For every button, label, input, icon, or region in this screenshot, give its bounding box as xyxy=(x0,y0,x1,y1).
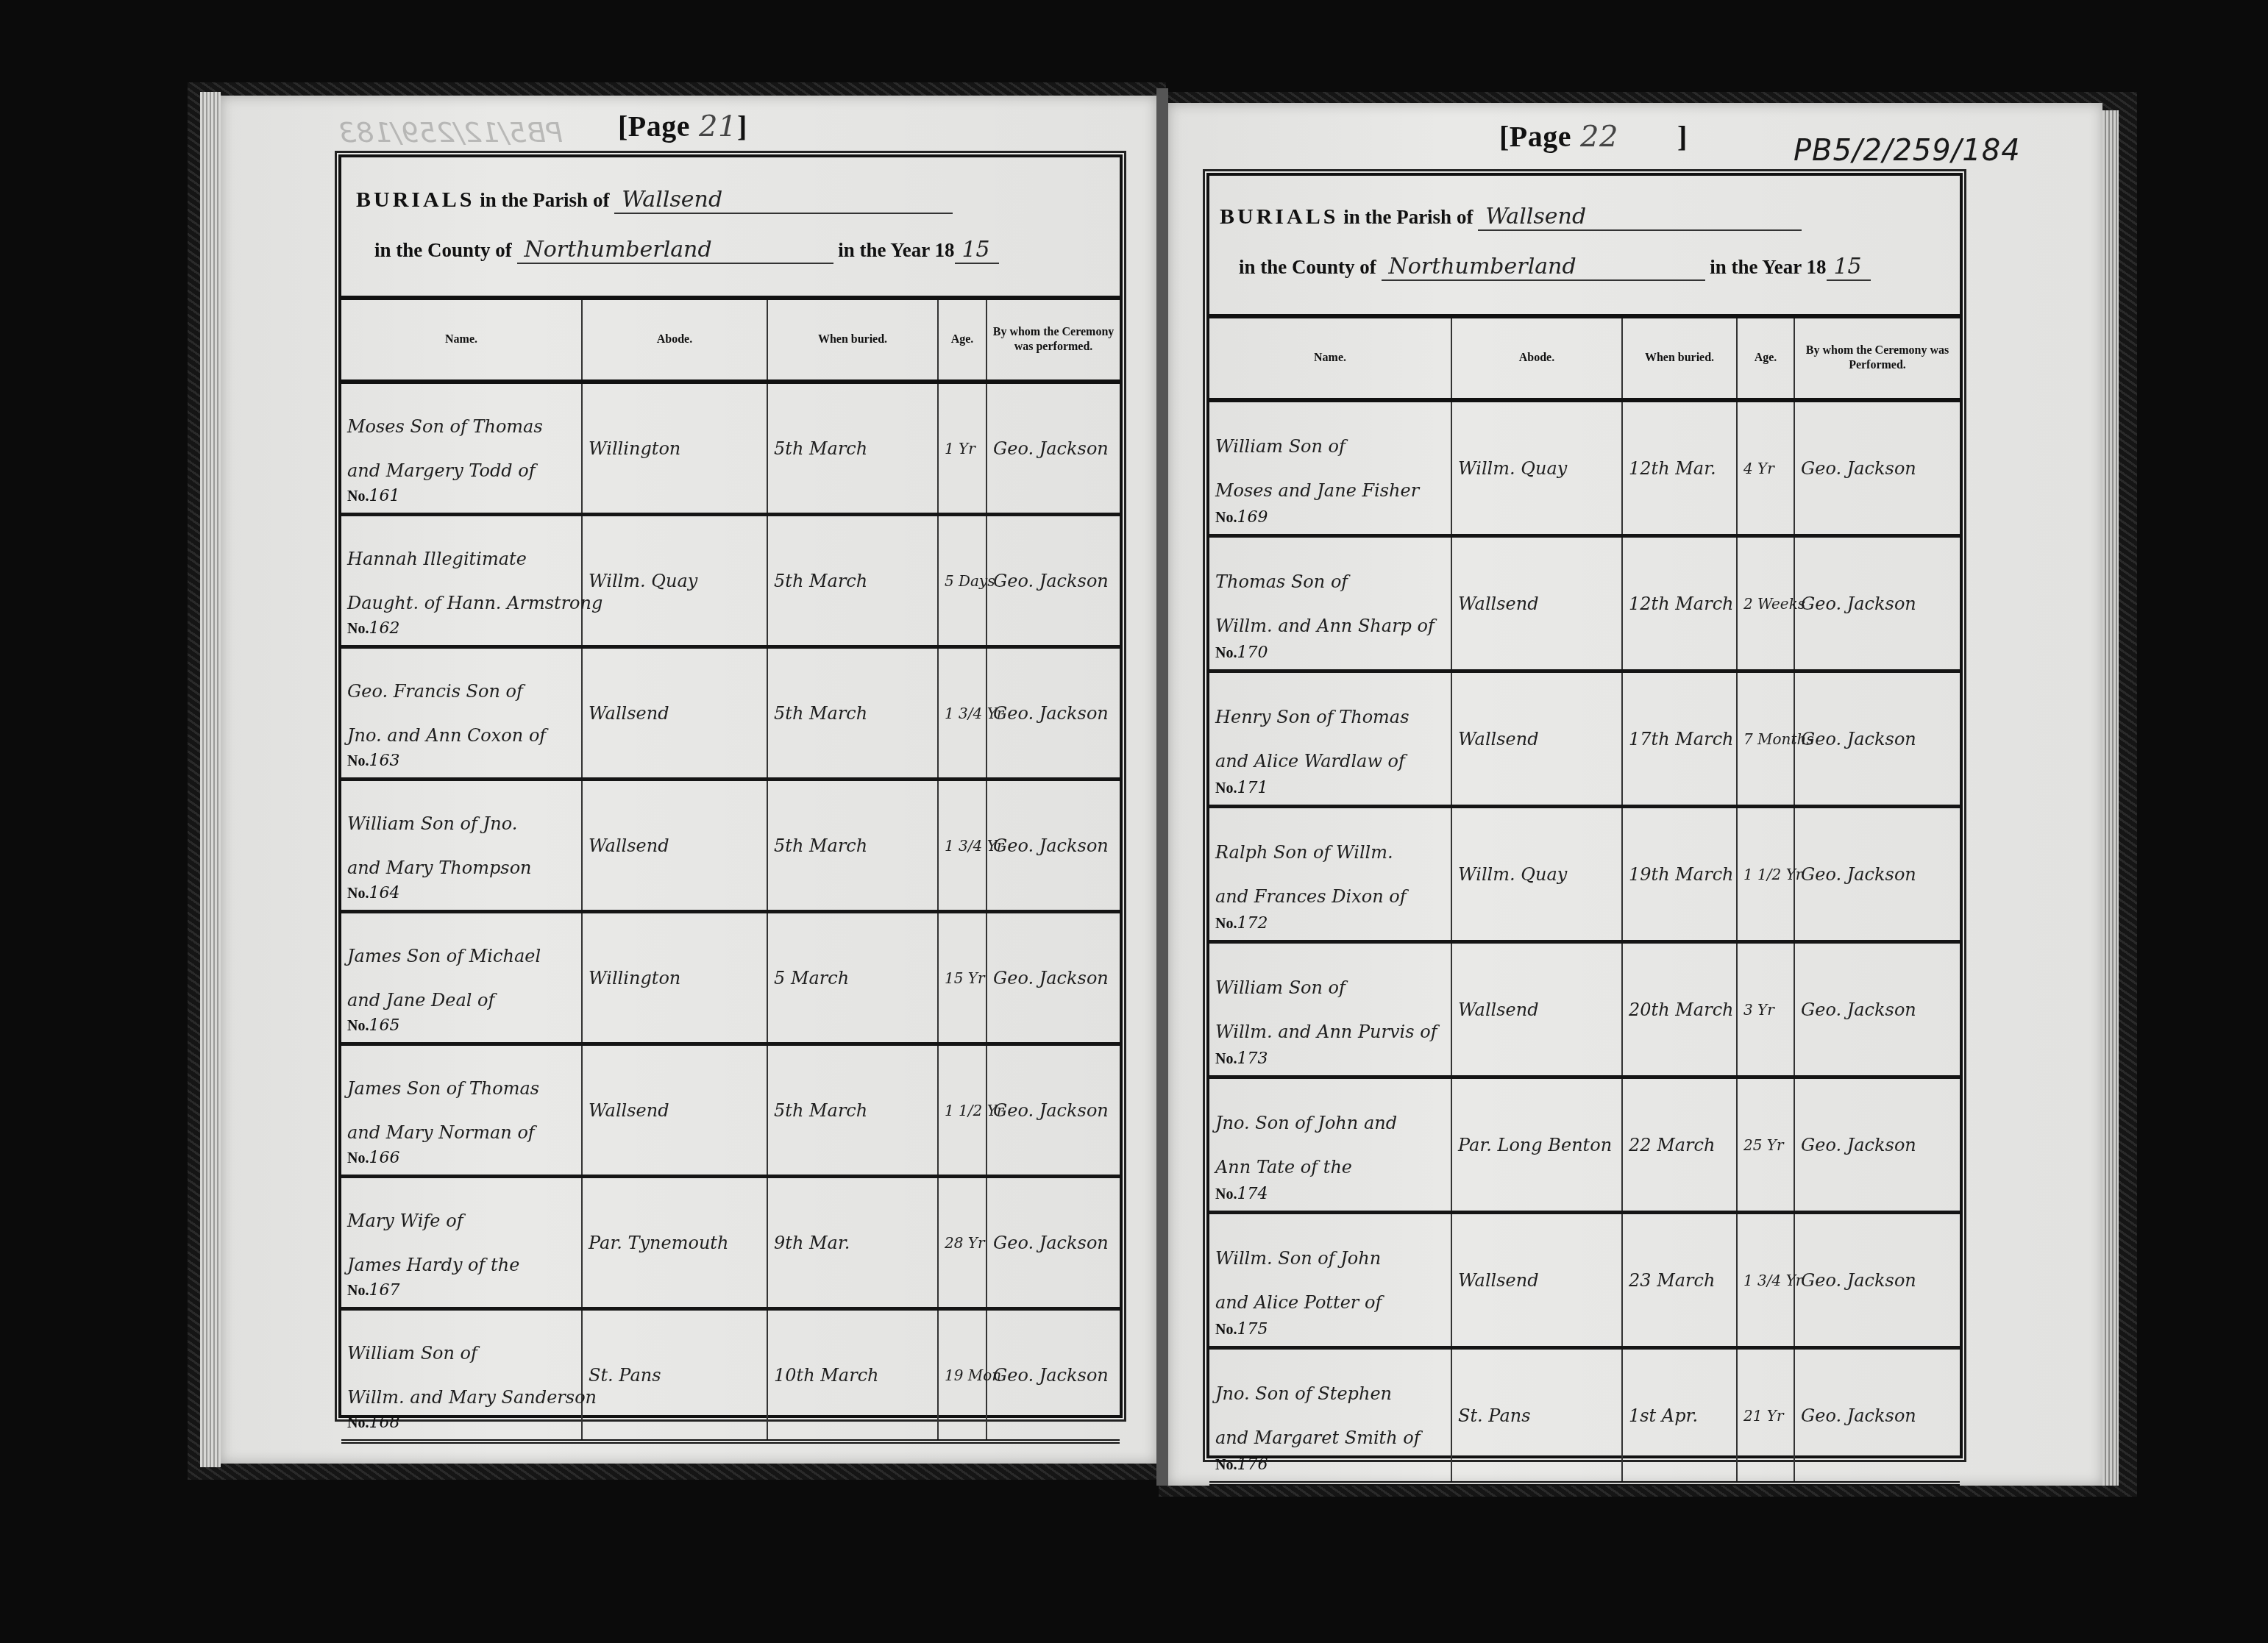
abode-cell: Wallsend xyxy=(583,781,768,910)
name-line-2: and Mary Thompson xyxy=(347,846,532,890)
entries: William Son of Moses and Jane Fisher No.… xyxy=(1209,402,1960,1486)
abode-cell: Wallsend xyxy=(583,1046,768,1175)
register-entry: Geo. Francis Son of Jno. and Ann Coxon o… xyxy=(341,649,1120,781)
name-line-2: and Alice Potter of xyxy=(1215,1280,1382,1325)
entry-number: No.175 xyxy=(1215,1320,1268,1339)
entry-number-value: 174 xyxy=(1237,1185,1268,1203)
officiant-cell: Geo. Jackson xyxy=(987,1311,1120,1439)
name-line-1: Mary Wife of xyxy=(347,1199,463,1243)
officiant-value: Geo. Jackson xyxy=(1801,594,1916,614)
officiant-cell: Geo. Jackson xyxy=(987,1178,1120,1307)
officiant-value: Geo. Jackson xyxy=(1801,999,1916,1020)
officiant-cell: Geo. Jackson xyxy=(987,649,1120,777)
when-buried-cell: 12th March xyxy=(1623,538,1738,669)
age-cell: 28 Yr xyxy=(939,1178,987,1307)
register-entry: William Son of Moses and Jane Fisher No.… xyxy=(1209,402,1960,538)
register-entry: Henry Son of Thomas and Alice Wardlaw of… xyxy=(1209,673,1960,808)
page-heading: [Page22] xyxy=(1499,119,1688,154)
col-officiant: By whom the Ceremony was Performed. xyxy=(1795,318,1960,398)
name-cell: William Son of Moses and Jane Fisher No.… xyxy=(1209,402,1452,534)
parish-value: Wallsend xyxy=(614,187,953,214)
when-buried-value: 5th March xyxy=(774,1100,867,1121)
burial-register-table: BURIALS in the Parish of Wallsend in the… xyxy=(1206,173,1963,1458)
entry-number-label: No. xyxy=(1215,1051,1237,1067)
when-buried-cell: 23 March xyxy=(1623,1214,1738,1346)
age-cell: 1 3/4 Yr xyxy=(939,781,987,910)
entry-number-label: No. xyxy=(1215,1457,1237,1473)
name-cell: Willm. Son of John and Alice Potter of N… xyxy=(1209,1214,1452,1346)
entry-number-value: 168 xyxy=(369,1414,399,1432)
abode-value: Wallsend xyxy=(1458,594,1539,614)
register-header: BURIALS in the Parish of Wallsend in the… xyxy=(341,157,1120,300)
age-cell: 5 Days xyxy=(939,516,987,645)
age-value: 25 Yr xyxy=(1743,1136,1784,1154)
officiant-value: Geo. Jackson xyxy=(993,571,1109,591)
col-when-buried: When buried. xyxy=(1623,318,1738,398)
entry-number-label: No. xyxy=(1215,1186,1237,1202)
name-line-1: Willm. Son of John xyxy=(1215,1236,1381,1280)
burial-register-table: BURIALS in the Parish of Wallsend in the… xyxy=(338,154,1123,1418)
when-buried-value: 22 March xyxy=(1629,1135,1715,1155)
age-cell: 3 Yr xyxy=(1738,944,1795,1075)
when-buried-value: 17th March xyxy=(1629,729,1734,749)
entry-number-value: 167 xyxy=(369,1281,399,1300)
register-entry: Jno. Son of Stephen and Margaret Smith o… xyxy=(1209,1350,1960,1486)
entry-number-label: No. xyxy=(347,1415,369,1431)
when-buried-cell: 5 March xyxy=(768,913,939,1042)
register-entry: Jno. Son of John and Ann Tate of the No.… xyxy=(1209,1079,1960,1214)
when-buried-cell: 19th March xyxy=(1623,808,1738,940)
entry-number-label: No. xyxy=(1215,916,1237,932)
page-number: 22 xyxy=(1580,120,1618,154)
officiant-cell: Geo. Jackson xyxy=(987,516,1120,645)
abode-cell: Willington xyxy=(583,913,768,1042)
abode-value: Willington xyxy=(589,438,680,459)
when-buried-value: 5th March xyxy=(774,703,867,724)
entry-number-label: No. xyxy=(1215,1322,1237,1338)
officiant-cell: Geo. Jackson xyxy=(1795,673,1960,805)
name-line-2: Willm. and Ann Sharp of xyxy=(1215,604,1435,648)
name-line-2: Moses and Jane Fisher xyxy=(1215,468,1419,513)
register-entry: Willm. Son of John and Alice Potter of N… xyxy=(1209,1214,1960,1350)
abode-value: Willm. Quay xyxy=(589,571,697,591)
officiant-cell: Geo. Jackson xyxy=(1795,538,1960,669)
name-line-1: William Son of Jno. xyxy=(347,802,517,846)
entry-number-value: 170 xyxy=(1237,644,1268,662)
name-line-2: and Frances Dixon of xyxy=(1215,874,1407,919)
abode-value: Wallsend xyxy=(1458,1270,1539,1291)
when-buried-value: 5th March xyxy=(774,835,867,856)
entry-number: No.167 xyxy=(347,1281,399,1300)
officiant-cell: Geo. Jackson xyxy=(987,1046,1120,1175)
register-entry: William Son of Jno. and Mary Thompson No… xyxy=(341,781,1120,913)
abode-value: Wallsend xyxy=(589,703,669,724)
abode-value: Willm. Quay xyxy=(1458,458,1567,479)
entry-number-value: 171 xyxy=(1237,779,1268,797)
entry-number-value: 175 xyxy=(1237,1320,1268,1339)
name-line-2: and Mary Norman of xyxy=(347,1111,535,1155)
name-cell: Hannah Illegitimate Daught. of Hann. Arm… xyxy=(341,516,583,645)
name-cell: Geo. Francis Son of Jno. and Ann Coxon o… xyxy=(341,649,583,777)
abode-cell: Wallsend xyxy=(1452,538,1623,669)
year-label: in the Year 18 xyxy=(1710,256,1826,278)
name-line-1: Jno. Son of John and xyxy=(1215,1101,1397,1145)
entry-number-label: No. xyxy=(347,885,369,902)
age-cell: 1 3/4 Yr xyxy=(1738,1214,1795,1346)
entry-number-value: 163 xyxy=(369,752,399,770)
officiant-cell: Geo. Jackson xyxy=(1795,808,1960,940)
entry-number-value: 161 xyxy=(369,487,399,505)
entry-number: No.170 xyxy=(1215,644,1268,662)
county-label: in the County of xyxy=(1239,256,1376,278)
abode-value: Wallsend xyxy=(589,835,669,856)
entry-number: No.173 xyxy=(1215,1049,1268,1068)
officiant-value: Geo. Jackson xyxy=(1801,1405,1916,1426)
officiant-cell: Geo. Jackson xyxy=(987,384,1120,513)
entry-number: No.171 xyxy=(1215,779,1268,797)
abode-cell: Willm. Quay xyxy=(1452,808,1623,940)
age-cell: 7 Months xyxy=(1738,673,1795,805)
name-line-1: James Son of Michael xyxy=(347,934,541,978)
county-value: Northumberland xyxy=(517,237,833,264)
when-buried-value: 9th Mar. xyxy=(774,1233,850,1253)
abode-value: Par. Tynemouth xyxy=(589,1233,728,1253)
page-heading: [Page21] xyxy=(618,109,747,143)
abode-value: Wallsend xyxy=(1458,999,1539,1020)
register-entry: Mary Wife of James Hardy of the No.167 P… xyxy=(341,1178,1120,1311)
name-cell: Thomas Son of Willm. and Ann Sharp of No… xyxy=(1209,538,1452,669)
name-line-2: and Alice Wardlaw of xyxy=(1215,739,1405,783)
age-value: 1 3/4 Yr xyxy=(1743,1272,1802,1289)
abode-cell: Wallsend xyxy=(1452,944,1623,1075)
parish-line: BURIALS in the Parish of Wallsend xyxy=(1220,204,1802,231)
bleed-through-reference: PB5/12/259/183 xyxy=(338,116,563,149)
age-cell: 1 1/2 Yr xyxy=(1738,808,1795,940)
entry-number: No.162 xyxy=(347,619,399,638)
burials-title: BURIALS xyxy=(1220,204,1338,229)
register-entry: William Son of Willm. and Ann Purvis of … xyxy=(1209,944,1960,1079)
col-age: Age. xyxy=(1738,318,1795,398)
year-label: in the Year 18 xyxy=(838,239,954,261)
officiant-cell: Geo. Jackson xyxy=(1795,1079,1960,1211)
when-buried-cell: 5th March xyxy=(768,516,939,645)
entry-number-label: No. xyxy=(347,488,369,505)
when-buried-cell: 5th March xyxy=(768,781,939,910)
page-bracket: ] xyxy=(737,110,747,143)
name-line-2: and Margery Todd of xyxy=(347,449,536,493)
when-buried-value: 1st Apr. xyxy=(1629,1405,1698,1426)
officiant-value: Geo. Jackson xyxy=(1801,1270,1916,1291)
name-cell: James Son of Thomas and Mary Norman of N… xyxy=(341,1046,583,1175)
name-line-2: Willm. and Mary Sanderson xyxy=(347,1375,597,1419)
name-line-1: William Son of xyxy=(347,1331,477,1375)
name-line-1: Geo. Francis Son of xyxy=(347,669,523,713)
officiant-cell: Geo. Jackson xyxy=(987,781,1120,910)
entry-number-label: No. xyxy=(347,1150,369,1166)
when-buried-cell: 17th March xyxy=(1623,673,1738,805)
entry-number: No.174 xyxy=(1215,1185,1268,1203)
name-line-2: Willm. and Ann Purvis of xyxy=(1215,1010,1437,1054)
parish-line: BURIALS in the Parish of Wallsend xyxy=(356,187,953,214)
officiant-value: Geo. Jackson xyxy=(993,1365,1109,1386)
when-buried-value: 23 March xyxy=(1629,1270,1715,1291)
when-buried-cell: 5th March xyxy=(768,1046,939,1175)
when-buried-cell: 12th Mar. xyxy=(1623,402,1738,534)
entry-number: No.169 xyxy=(1215,508,1268,527)
entry-number: No.165 xyxy=(347,1016,399,1035)
abode-cell: Wallsend xyxy=(1452,1214,1623,1346)
name-line-1: Ralph Son of Willm. xyxy=(1215,830,1393,874)
col-when-buried: When buried. xyxy=(768,300,939,379)
page-label: [Page xyxy=(618,110,690,143)
county-label: in the County of xyxy=(374,239,512,261)
name-line-1: Henry Son of Thomas xyxy=(1215,695,1409,739)
entry-number-label: No. xyxy=(1215,780,1237,796)
age-value: 15 Yr xyxy=(945,969,985,987)
column-headers: Name. Abode. When buried. Age. By whom t… xyxy=(1209,318,1960,402)
entry-number: No.166 xyxy=(347,1149,399,1167)
name-line-1: Jno. Son of Stephen xyxy=(1215,1372,1392,1416)
county-value: Northumberland xyxy=(1382,254,1705,281)
abode-cell: Par. Long Benton xyxy=(1452,1079,1623,1211)
name-line-1: Moses Son of Thomas xyxy=(347,404,543,449)
age-value: 28 Yr xyxy=(945,1234,985,1252)
col-abode: Abode. xyxy=(583,300,768,379)
year-value: 15 xyxy=(955,237,999,264)
when-buried-value: 5 March xyxy=(774,968,849,988)
age-cell: 25 Yr xyxy=(1738,1079,1795,1211)
when-buried-cell: 22 March xyxy=(1623,1079,1738,1211)
col-officiant: By whom the Ceremony was performed. xyxy=(987,300,1120,379)
parish-label: in the Parish of xyxy=(480,189,609,211)
name-line-1: Hannah Illegitimate xyxy=(347,537,527,581)
abode-cell: Par. Tynemouth xyxy=(583,1178,768,1307)
entry-number: No.163 xyxy=(347,752,399,770)
entry-number-value: 165 xyxy=(369,1016,399,1035)
when-buried-value: 5th March xyxy=(774,438,867,459)
register-entry: Thomas Son of Willm. and Ann Sharp of No… xyxy=(1209,538,1960,673)
officiant-value: Geo. Jackson xyxy=(1801,864,1916,885)
register-entry: Hannah Illegitimate Daught. of Hann. Arm… xyxy=(341,516,1120,649)
abode-value: Willm. Quay xyxy=(1458,864,1567,885)
age-cell: 4 Yr xyxy=(1738,402,1795,534)
register-entry: James Son of Thomas and Mary Norman of N… xyxy=(341,1046,1120,1178)
age-cell: 21 Yr xyxy=(1738,1350,1795,1481)
age-cell: 15 Yr xyxy=(939,913,987,1042)
entry-number: No.176 xyxy=(1215,1455,1268,1474)
register-entry: Ralph Son of Willm. and Frances Dixon of… xyxy=(1209,808,1960,944)
abode-cell: Wallsend xyxy=(1452,673,1623,805)
name-cell: Jno. Son of John and Ann Tate of the No.… xyxy=(1209,1079,1452,1211)
officiant-value: Geo. Jackson xyxy=(993,1100,1109,1121)
entry-number-value: 173 xyxy=(1237,1049,1268,1068)
page-bracket: ] xyxy=(1677,120,1688,153)
parish-label: in the Parish of xyxy=(1343,206,1473,228)
page-edges-left xyxy=(200,92,221,1467)
col-name: Name. xyxy=(341,300,583,379)
name-cell: William Son of Jno. and Mary Thompson No… xyxy=(341,781,583,910)
entry-number-label: No. xyxy=(347,1018,369,1034)
entry-number-label: No. xyxy=(1215,510,1237,526)
parish-value: Wallsend xyxy=(1478,204,1802,231)
age-cell: 1 1/2 Yr xyxy=(939,1046,987,1175)
page-label: [Page xyxy=(1499,120,1571,153)
col-name: Name. xyxy=(1209,318,1452,398)
name-line-2: and Jane Deal of xyxy=(347,978,494,1022)
entry-number-label: No. xyxy=(347,1283,369,1299)
page-edges-right xyxy=(2102,110,2119,1486)
officiant-value: Geo. Jackson xyxy=(993,968,1109,988)
abode-cell: Willington xyxy=(583,384,768,513)
left-page: PB5/12/259/183 [Page21] BURIALS in the P… xyxy=(221,96,1156,1464)
entry-number: No.164 xyxy=(347,884,399,902)
name-cell: William Son of Willm. and Mary Sanderson… xyxy=(341,1311,583,1439)
when-buried-value: 5th March xyxy=(774,571,867,591)
officiant-cell: Geo. Jackson xyxy=(1795,402,1960,534)
column-headers: Name. Abode. When buried. Age. By whom t… xyxy=(341,300,1120,384)
register-entry: Moses Son of Thomas and Margery Todd of … xyxy=(341,384,1120,516)
entry-number-label: No. xyxy=(347,753,369,769)
county-line: in the County of Northumberland in the Y… xyxy=(374,237,999,264)
register-entry: James Son of Michael and Jane Deal of No… xyxy=(341,913,1120,1046)
abode-cell: Willm. Quay xyxy=(1452,402,1623,534)
entry-number-value: 166 xyxy=(369,1149,399,1167)
when-buried-cell: 5th March xyxy=(768,384,939,513)
name-cell: William Son of Willm. and Ann Purvis of … xyxy=(1209,944,1452,1075)
abode-value: St. Pans xyxy=(1458,1405,1531,1426)
officiant-cell: Geo. Jackson xyxy=(987,913,1120,1042)
entries: Moses Son of Thomas and Margery Todd of … xyxy=(341,384,1120,1444)
name-cell: Ralph Son of Willm. and Frances Dixon of… xyxy=(1209,808,1452,940)
abode-cell: St. Pans xyxy=(1452,1350,1623,1481)
entry-number-value: 164 xyxy=(369,884,399,902)
name-line-2: and Margaret Smith of xyxy=(1215,1416,1421,1460)
officiant-value: Geo. Jackson xyxy=(993,1233,1109,1253)
name-line-2: Daught. of Hann. Armstrong xyxy=(347,581,602,625)
age-cell: 1 3/4 Yr xyxy=(939,649,987,777)
name-line-2: Jno. and Ann Coxon of xyxy=(347,713,546,758)
age-value: 1 Yr xyxy=(945,440,975,457)
when-buried-value: 20th March xyxy=(1629,999,1734,1020)
name-line-2: James Hardy of the xyxy=(347,1243,519,1287)
when-buried-cell: 9th Mar. xyxy=(768,1178,939,1307)
name-line-1: William Son of xyxy=(1215,966,1345,1010)
abode-value: Par. Long Benton xyxy=(1458,1135,1612,1155)
entry-number-value: 162 xyxy=(369,619,399,638)
archive-reference-number: PB5/2/259/184 xyxy=(1794,134,2021,168)
abode-value: St. Pans xyxy=(589,1365,661,1386)
age-value: 1 1/2 Yr xyxy=(1743,866,1802,883)
register-header: BURIALS in the Parish of Wallsend in the… xyxy=(1209,176,1960,318)
when-buried-cell: 10th March xyxy=(768,1311,939,1439)
when-buried-value: 10th March xyxy=(774,1365,879,1386)
age-value: 4 Yr xyxy=(1743,460,1774,477)
age-cell: 1 Yr xyxy=(939,384,987,513)
officiant-value: Geo. Jackson xyxy=(993,703,1109,724)
county-line: in the County of Northumberland in the Y… xyxy=(1239,254,1871,281)
entry-number: No.161 xyxy=(347,487,399,505)
name-line-1: Thomas Son of xyxy=(1215,560,1348,604)
officiant-value: Geo. Jackson xyxy=(993,835,1109,856)
burials-title: BURIALS xyxy=(356,188,474,212)
abode-value: Willington xyxy=(589,968,680,988)
name-line-1: James Son of Thomas xyxy=(347,1066,539,1111)
age-cell: 2 Weeks xyxy=(1738,538,1795,669)
entry-number-value: 172 xyxy=(1237,914,1268,933)
page-number: 21 xyxy=(699,110,737,143)
officiant-cell: Geo. Jackson xyxy=(1795,944,1960,1075)
name-cell: James Son of Michael and Jane Deal of No… xyxy=(341,913,583,1042)
when-buried-value: 12th Mar. xyxy=(1629,458,1716,479)
name-cell: Henry Son of Thomas and Alice Wardlaw of… xyxy=(1209,673,1452,805)
name-line-2: Ann Tate of the xyxy=(1215,1145,1352,1189)
book-spine xyxy=(1156,88,1168,1486)
officiant-value: Geo. Jackson xyxy=(1801,458,1916,479)
when-buried-value: 12th March xyxy=(1629,594,1734,614)
officiant-value: Geo. Jackson xyxy=(1801,729,1916,749)
when-buried-value: 19th March xyxy=(1629,864,1734,885)
abode-cell: St. Pans xyxy=(583,1311,768,1439)
abode-cell: Wallsend xyxy=(583,649,768,777)
age-cell: 19 Mon. xyxy=(939,1311,987,1439)
officiant-value: Geo. Jackson xyxy=(1801,1135,1916,1155)
entry-number-value: 169 xyxy=(1237,508,1268,527)
name-cell: Mary Wife of James Hardy of the No.167 xyxy=(341,1178,583,1307)
officiant-cell: Geo. Jackson xyxy=(1795,1350,1960,1481)
col-abode: Abode. xyxy=(1452,318,1623,398)
abode-cell: Willm. Quay xyxy=(583,516,768,645)
age-value: 21 Yr xyxy=(1743,1407,1784,1425)
age-value: 3 Yr xyxy=(1743,1001,1774,1019)
name-line-1: William Son of xyxy=(1215,424,1345,468)
when-buried-cell: 20th March xyxy=(1623,944,1738,1075)
name-cell: Jno. Son of Stephen and Margaret Smith o… xyxy=(1209,1350,1452,1481)
when-buried-cell: 1st Apr. xyxy=(1623,1350,1738,1481)
entry-number-label: No. xyxy=(347,621,369,637)
entry-number: No.168 xyxy=(347,1414,399,1432)
officiant-value: Geo. Jackson xyxy=(993,438,1109,459)
name-cell: Moses Son of Thomas and Margery Todd of … xyxy=(341,384,583,513)
abode-value: Wallsend xyxy=(589,1100,669,1121)
register-entry: William Son of Willm. and Mary Sanderson… xyxy=(341,1311,1120,1444)
entry-number: No.172 xyxy=(1215,914,1268,933)
year-value: 15 xyxy=(1827,254,1871,281)
col-age: Age. xyxy=(939,300,987,379)
when-buried-cell: 5th March xyxy=(768,649,939,777)
abode-value: Wallsend xyxy=(1458,729,1539,749)
entry-number-label: No. xyxy=(1215,645,1237,661)
right-page: [Page22] PB5/2/259/184 BURIALS in the Pa… xyxy=(1168,103,2102,1486)
entry-number-value: 176 xyxy=(1237,1455,1268,1474)
officiant-cell: Geo. Jackson xyxy=(1795,1214,1960,1346)
